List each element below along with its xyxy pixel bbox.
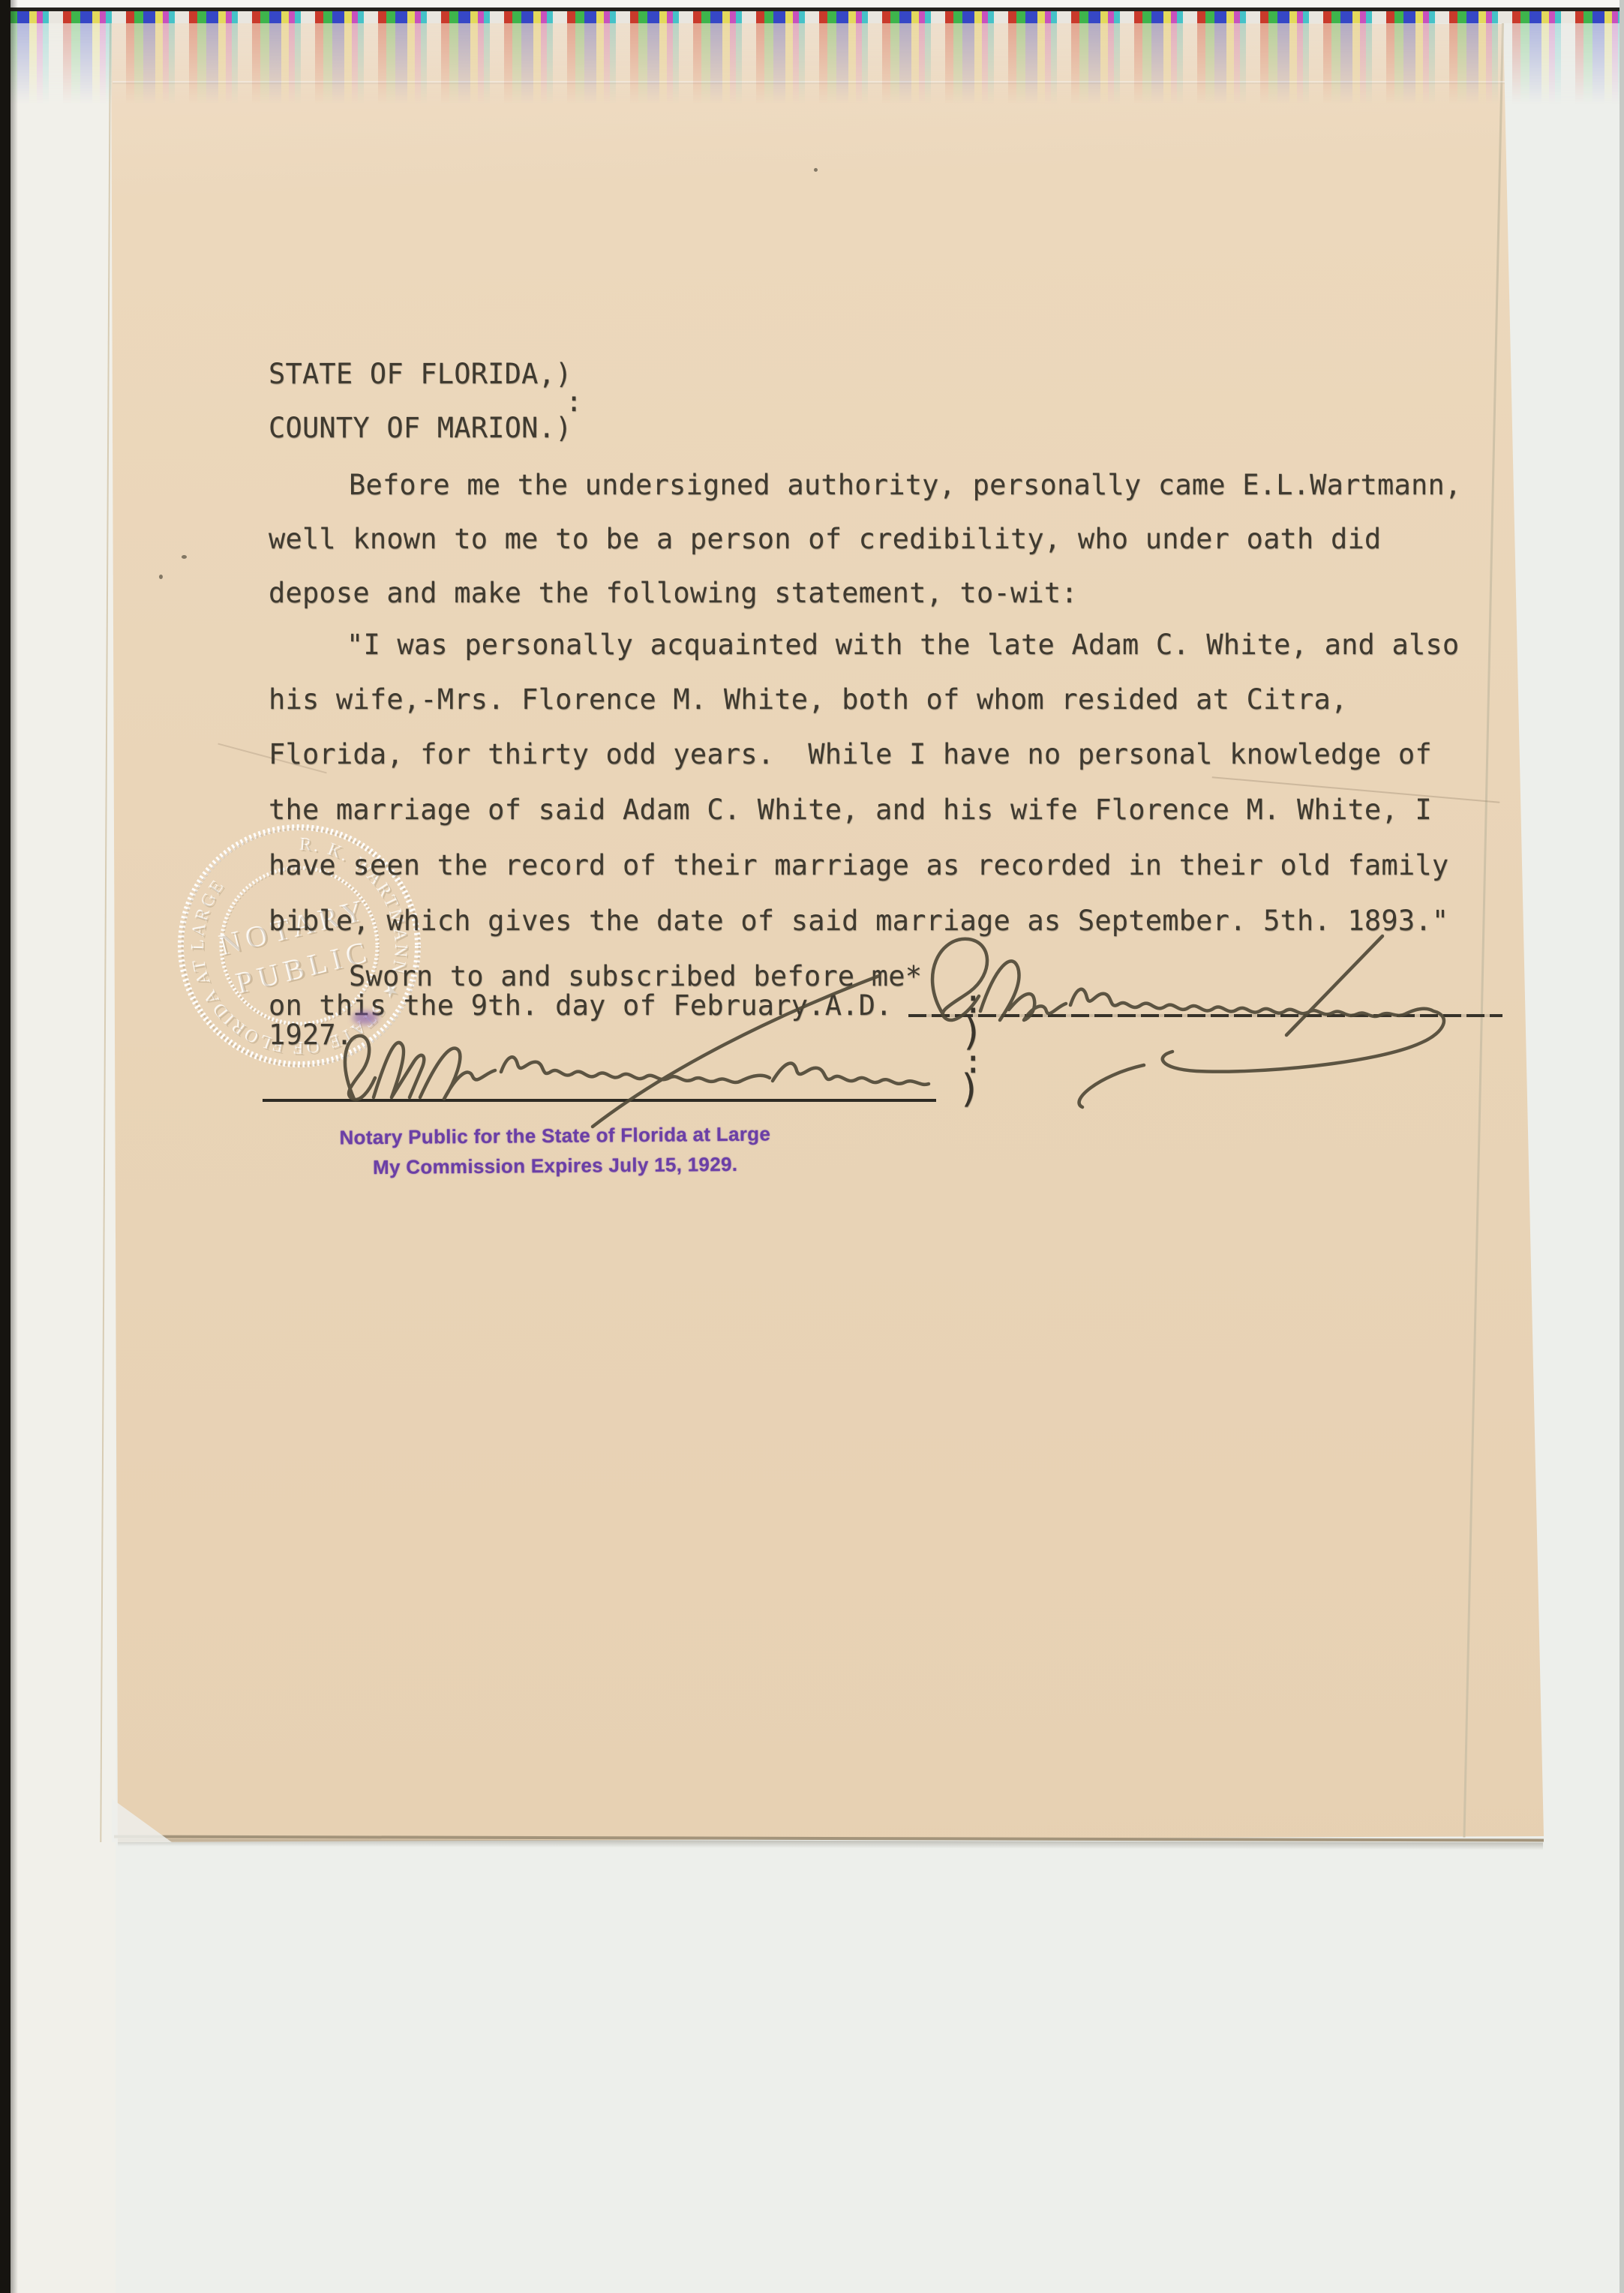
- opening-line: depose and make the following statement,…: [269, 578, 1078, 609]
- affiant-signature: [896, 923, 1519, 1110]
- statement-line: Florida, for thirty odd years. While I h…: [269, 740, 1432, 770]
- paper-speck: [814, 168, 818, 172]
- scanned-affidavit-page: R. K. WARTMANN ★ STATE OF FLORIDA AT LAR…: [0, 0, 1624, 2293]
- stamp-line-2: My Commission Expires July 15, 1929.: [255, 1148, 855, 1184]
- color-calibration-strip: [0, 11, 1624, 23]
- paper-speck: [182, 555, 187, 559]
- scanner-backing: [11, 8, 116, 2293]
- calibration-strip-bleed: [0, 23, 1624, 104]
- opening-line: Before me the undersigned authority, per…: [349, 470, 1461, 501]
- notary-signature: [248, 971, 968, 1130]
- scanner-right-edge: [1619, 0, 1624, 2293]
- statement-line: have seen the record of their marriage a…: [269, 851, 1448, 881]
- venue-state-line: STATE OF FLORIDA,): [269, 359, 572, 390]
- opening-line: well known to me to be a person of credi…: [269, 524, 1381, 555]
- scanner-left-edge: [0, 0, 11, 2293]
- paper-speck: [159, 575, 163, 579]
- statement-line: the marriage of said Adam C. White, and …: [269, 795, 1432, 826]
- statement-line: his wife,-Mrs. Florence M. White, both o…: [269, 685, 1347, 716]
- venue-county-line: COUNTY OF MARION.): [269, 413, 572, 444]
- scanner-left-edge-shadow: [11, 0, 18, 2293]
- statement-line: "I was personally acquainted with the la…: [347, 630, 1459, 661]
- scanner-top-margin: [0, 0, 1624, 8]
